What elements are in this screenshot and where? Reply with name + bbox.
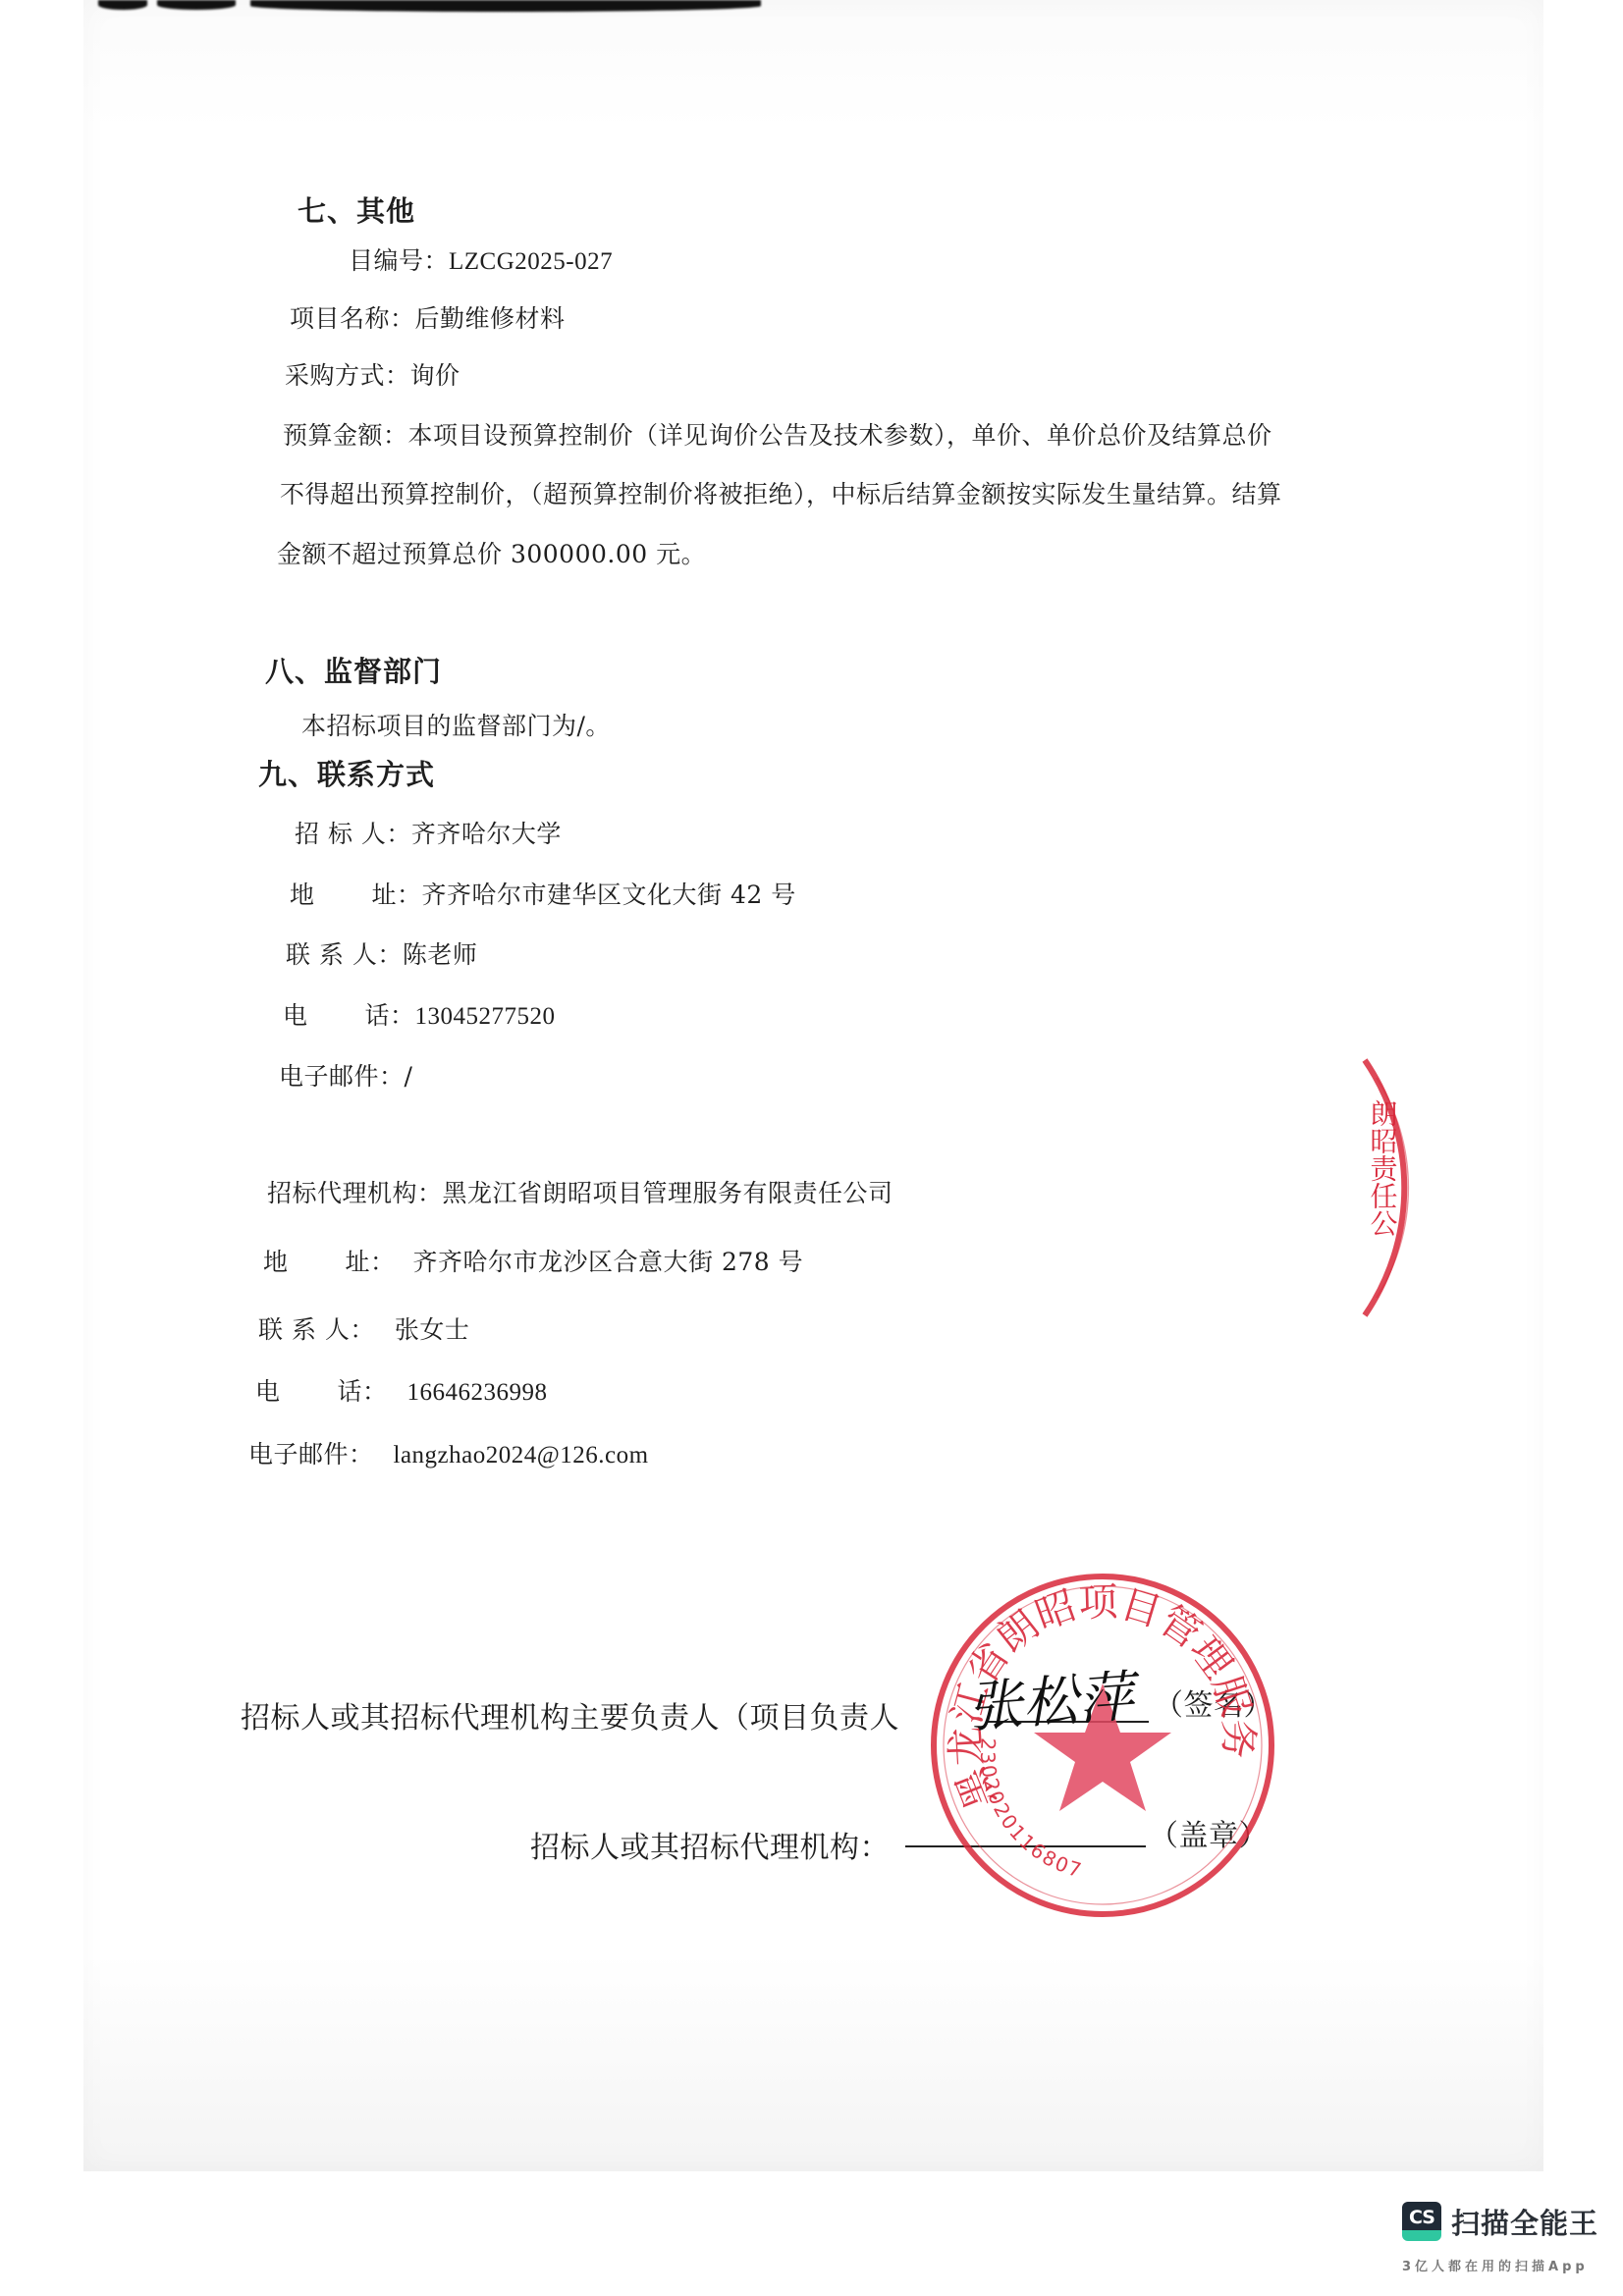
handwritten-signature: 张松萍 bbox=[964, 1653, 1136, 1743]
edge-seal-stamp: 朗昭责任公 bbox=[1355, 1041, 1453, 1325]
company-seal-stamp: 黑龙江省朗昭项目管理服务有限责任公司 2302020116807 bbox=[928, 1566, 1281, 1929]
responsible-person-label: 招标人或其招标代理机构主要负责人（项目负责人 bbox=[241, 1693, 899, 1736]
tenderer-name-label: 招 标 人： bbox=[295, 820, 411, 848]
tenderer-contact: 陈老师 bbox=[403, 940, 478, 969]
scan-edge-shadow bbox=[157, 0, 236, 10]
tenderer-name: 齐齐哈尔大学 bbox=[411, 820, 562, 848]
tenderer-address-row: 地址：齐齐哈尔市建华区文化大街 42 号 bbox=[290, 876, 796, 911]
tenderer-contact-row: 联 系 人：陈老师 bbox=[286, 935, 477, 971]
project-name: 后勤维修材料 bbox=[415, 304, 566, 333]
project-name-row: 项目名称：后勤维修材料 bbox=[290, 299, 566, 335]
agency-email: langzhao2024@126.com bbox=[394, 1442, 649, 1468]
agency-address-label: 地 bbox=[263, 1248, 289, 1276]
agency-address: 齐齐哈尔市龙沙区合意大街 278 号 bbox=[413, 1248, 804, 1276]
tenderer-address-label: 地 bbox=[290, 881, 315, 909]
budget-line-2: 不得超出预算控制价，（超预算控制价将被拒绝），中标后结算金额按实际发生量结算。结… bbox=[280, 475, 1282, 510]
project-number-label: 目编号： bbox=[349, 246, 449, 275]
agency-contact: 张女士 bbox=[395, 1315, 470, 1344]
tenderer-name-row: 招 标 人：齐齐哈尔大学 bbox=[295, 815, 562, 850]
scan-edge-shadow bbox=[250, 0, 761, 12]
procurement-method-label: 采购方式： bbox=[285, 361, 410, 390]
tenderer-email-label: 电子邮件： bbox=[279, 1062, 405, 1091]
project-name-label: 项目名称： bbox=[290, 304, 415, 333]
scan-edge-shadow bbox=[98, 0, 147, 10]
tenderer-phone-row: 电话：13045277520 bbox=[283, 996, 556, 1032]
agency-email-row: 电子邮件：langzhao2024@126.com bbox=[248, 1435, 649, 1470]
seal-code-text: 2302020116807 bbox=[976, 1737, 1086, 1883]
tenderer-address: 齐齐哈尔市建华区文化大街 42 号 bbox=[422, 881, 796, 909]
agency-contact-label: 联 系 人： bbox=[258, 1315, 375, 1344]
project-number-row: 目编号：LZCG2025-027 bbox=[349, 241, 613, 277]
agency-name-label: 招标代理机构： bbox=[267, 1179, 443, 1207]
agency-name-row: 招标代理机构：黑龙江省朗昭项目管理服务有限责任公司 bbox=[267, 1174, 893, 1209]
section9-heading: 九、联系方式 bbox=[258, 753, 435, 793]
tenderer-phone: 13045277520 bbox=[415, 1003, 556, 1030]
agency-phone-label-b: 话： bbox=[338, 1377, 388, 1406]
tenderer-email: / bbox=[405, 1062, 413, 1091]
supervision-text: 本招标项目的监督部门为/。 bbox=[301, 707, 611, 742]
tenderer-phone-label: 电 bbox=[283, 1001, 308, 1030]
agency-contact-row: 联 系 人：张女士 bbox=[258, 1310, 469, 1346]
edge-seal-text: 朗昭责任公 bbox=[1367, 1099, 1399, 1238]
agency-email-label: 电子邮件： bbox=[248, 1440, 374, 1468]
agency-phone-row: 电话：16646236998 bbox=[255, 1372, 548, 1408]
tenderer-phone-label-b: 话： bbox=[365, 1001, 415, 1030]
agency-address-row: 地址：齐齐哈尔市龙沙区合意大街 278 号 bbox=[263, 1243, 803, 1278]
watermark-title: 扫描全能王 bbox=[1451, 2202, 1598, 2242]
procurement-method: 询价 bbox=[410, 361, 460, 390]
watermark-subtitle: 3亿人都在用的扫描App bbox=[1402, 2256, 1589, 2274]
budget-line-3: 金额不超过预算总价 300000.00 元。 bbox=[277, 535, 706, 570]
procurement-method-row: 采购方式：询价 bbox=[285, 356, 460, 392]
svg-text:2302020116807: 2302020116807 bbox=[976, 1737, 1086, 1883]
organization-label: 招标人或其招标代理机构： bbox=[530, 1823, 890, 1866]
agency-name: 黑龙江省朗昭项目管理服务有限责任公司 bbox=[443, 1179, 893, 1207]
agency-address-label-b: 址： bbox=[346, 1248, 396, 1276]
section7-heading: 七、其他 bbox=[298, 189, 415, 230]
agency-phone: 16646236998 bbox=[407, 1379, 548, 1406]
camscanner-logo-icon: CS bbox=[1402, 2202, 1441, 2241]
budget-line-1: 预算金额：本项目设预算控制价（详见询价公告及技术参数），单价、单价总价及结算总价 bbox=[283, 416, 1272, 452]
agency-phone-label: 电 bbox=[255, 1377, 281, 1406]
tenderer-contact-label: 联 系 人： bbox=[286, 940, 403, 969]
project-number: LZCG2025-027 bbox=[449, 248, 613, 275]
tenderer-email-row: 电子邮件：/ bbox=[279, 1057, 412, 1093]
tenderer-address-label-b: 址： bbox=[372, 881, 422, 909]
section8-heading: 八、监督部门 bbox=[265, 650, 442, 690]
